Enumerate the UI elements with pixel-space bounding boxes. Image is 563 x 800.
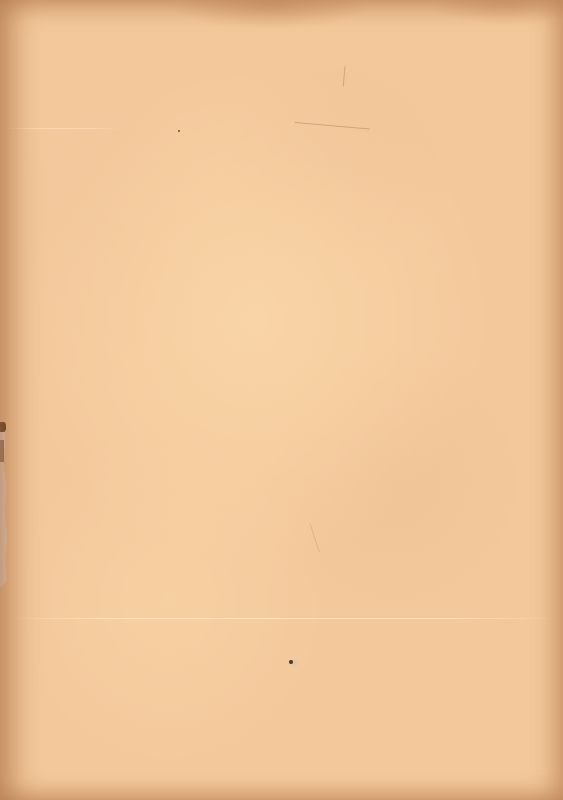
- blank-paper-page: [0, 0, 563, 800]
- aged-edge-vignette: [0, 0, 563, 800]
